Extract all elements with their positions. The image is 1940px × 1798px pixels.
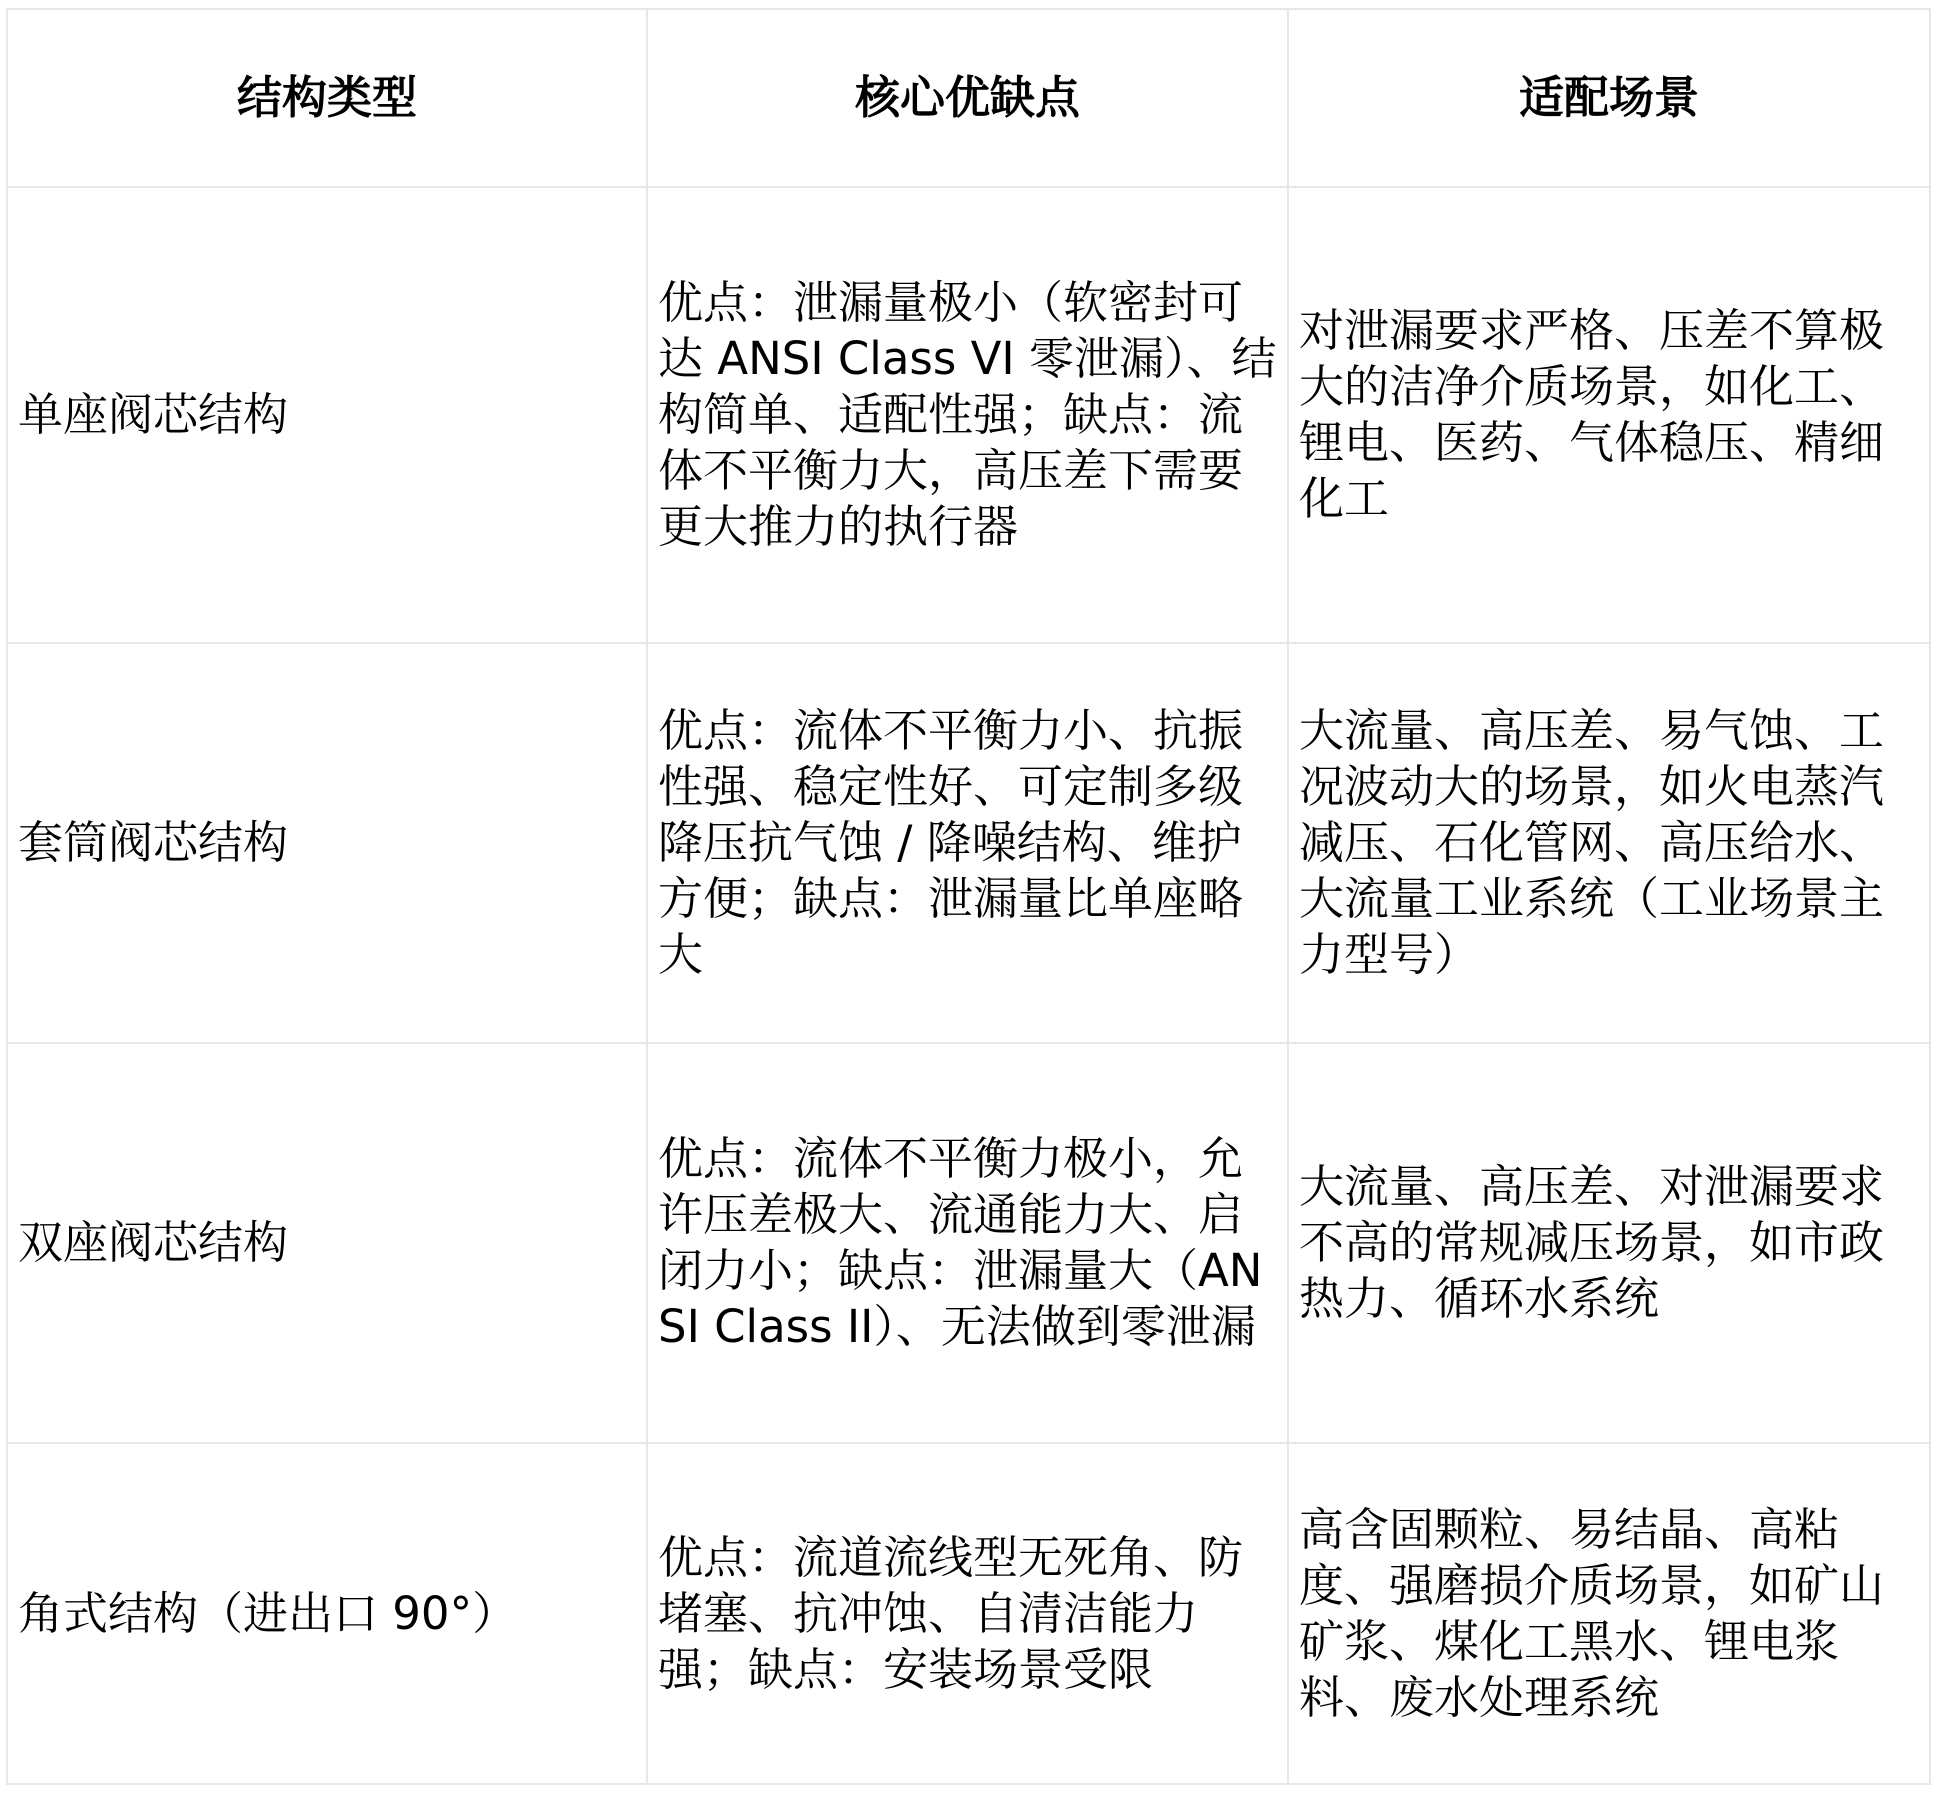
cell-pros-cons: 优点：泄漏量极小（软密封可达 ANSI Class VI 零泄漏）、结构简单、适…: [647, 187, 1288, 643]
cell-scenarios: 大流量、高压差、易气蚀、工况波动大的场景，如火电蒸汽减压、石化管网、高压给水、大…: [1288, 643, 1930, 1043]
table-row: 单座阀芯结构 优点：泄漏量极小（软密封可达 ANSI Class VI 零泄漏）…: [7, 187, 1930, 643]
cell-structure-type: 双座阀芯结构: [7, 1043, 647, 1443]
table-row: 角式结构（进出口 90°） 优点：流道流线型无死角、防堵塞、抗冲蚀、自清洁能力强…: [7, 1443, 1930, 1784]
cell-scenarios: 对泄漏要求严格、压差不算极大的洁净介质场景，如化工、锂电、医药、气体稳压、精细化…: [1288, 187, 1930, 643]
header-scenarios: 适配场景: [1288, 9, 1930, 187]
valve-structure-table: 结构类型 核心优缺点 适配场景 单座阀芯结构 优点：泄漏量极小（软密封可达 AN…: [6, 8, 1931, 1785]
cell-pros-cons: 优点：流道流线型无死角、防堵塞、抗冲蚀、自清洁能力强；缺点：安装场景受限: [647, 1443, 1288, 1784]
header-structure-type: 结构类型: [7, 9, 647, 187]
header-pros-cons: 核心优缺点: [647, 9, 1288, 187]
cell-pros-cons: 优点：流体不平衡力小、抗振性强、稳定性好、可定制多级降压抗气蚀 / 降噪结构、维…: [647, 643, 1288, 1043]
cell-structure-type: 套筒阀芯结构: [7, 643, 647, 1043]
cell-structure-type: 角式结构（进出口 90°）: [7, 1443, 647, 1784]
cell-scenarios: 大流量、高压差、对泄漏要求不高的常规减压场景，如市政热力、循环水系统: [1288, 1043, 1930, 1443]
table-row: 套筒阀芯结构 优点：流体不平衡力小、抗振性强、稳定性好、可定制多级降压抗气蚀 /…: [7, 643, 1930, 1043]
cell-structure-type: 单座阀芯结构: [7, 187, 647, 643]
table-row: 双座阀芯结构 优点：流体不平衡力极小，允许压差极大、流通能力大、启闭力小；缺点：…: [7, 1043, 1930, 1443]
table-header-row: 结构类型 核心优缺点 适配场景: [7, 9, 1930, 187]
cell-pros-cons: 优点：流体不平衡力极小，允许压差极大、流通能力大、启闭力小；缺点：泄漏量大（AN…: [647, 1043, 1288, 1443]
cell-scenarios: 高含固颗粒、易结晶、高粘度、强磨损介质场景，如矿山矿浆、煤化工黑水、锂电浆料、废…: [1288, 1443, 1930, 1784]
